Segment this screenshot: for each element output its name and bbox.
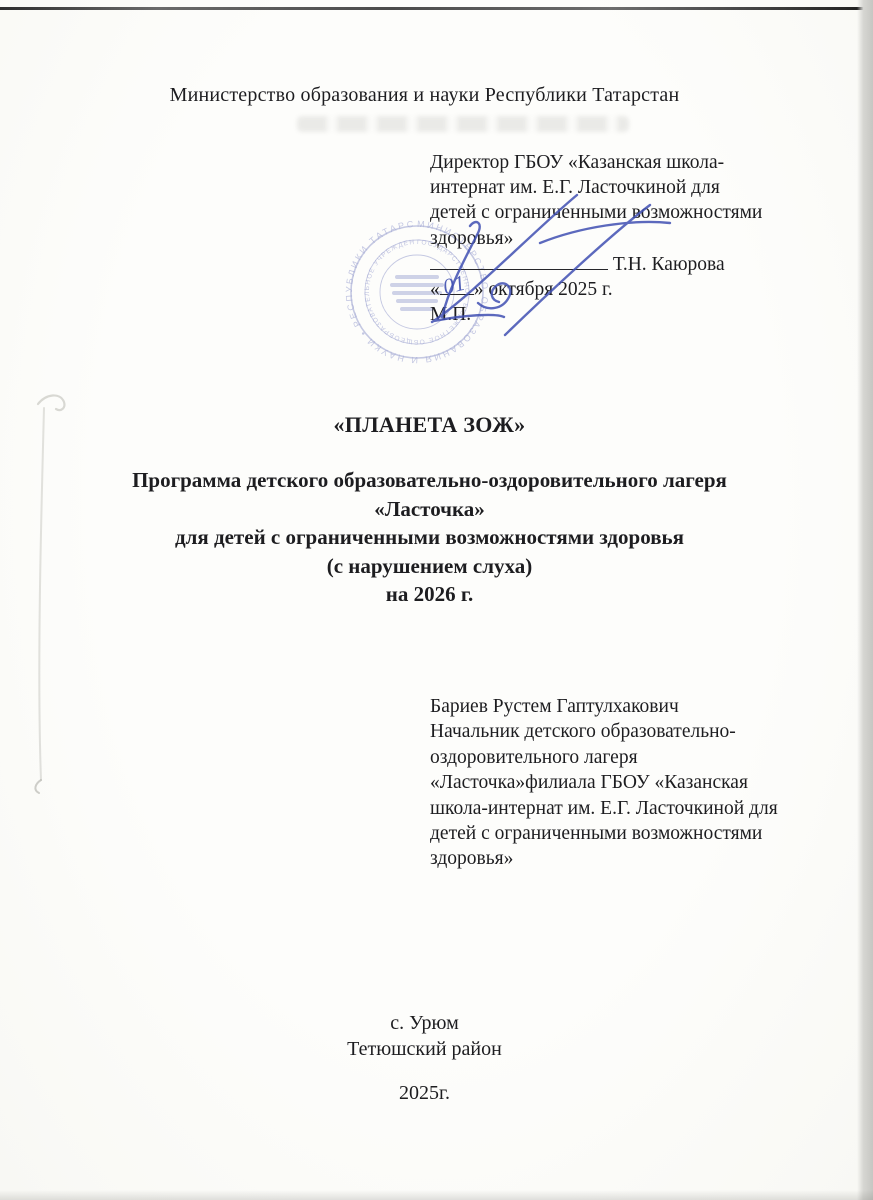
footer-place-block: с. Урюм Тетюшский район <box>0 1010 849 1062</box>
scanned-document-page: Министерство образования и науки Республ… <box>0 0 873 1200</box>
footer-place-line: Тетюшский район <box>0 1036 849 1062</box>
program-title-line: «Ласточка» <box>30 495 829 524</box>
scan-top-edge <box>0 7 873 10</box>
program-title-line: (с нарушением слуха) <box>30 552 829 581</box>
approval-line: Директор ГБОУ «Казанская школа- <box>430 150 782 175</box>
program-title-line: для детей с ограниченными возможностями … <box>30 523 829 552</box>
author-line: детей с ограниченными возможностями <box>430 821 792 846</box>
scan-right-edge <box>857 0 873 1200</box>
author-line: «Ласточка»филиала ГБОУ «Казанская <box>430 770 792 795</box>
footer-place-line: с. Урюм <box>0 1010 849 1036</box>
program-heading: «ПЛАНЕТА ЗОЖ» <box>0 412 859 438</box>
author-line: оздоровительного лагеря <box>430 745 792 770</box>
program-title-line: Программа детского образовательно-оздоро… <box>30 466 829 495</box>
program-title-line: на 2026 г. <box>30 580 829 609</box>
ink-bleed-through <box>297 116 629 132</box>
program-title-block: Программа детского образовательно-оздоро… <box>30 466 829 609</box>
author-line: здоровья» <box>430 846 792 871</box>
ministry-header: Министерство образования и науки Республ… <box>0 84 849 107</box>
author-line: школа-интернат им. Е.Г. Ласточкиной для <box>430 796 792 821</box>
director-signature-scribble <box>410 175 690 350</box>
footer-year: 2025г. <box>0 1082 849 1105</box>
author-block: Бариев Рустем Гаптулхакович Начальник де… <box>430 694 792 872</box>
author-line: Начальник детского образовательно- <box>430 719 792 744</box>
scan-bottom-edge <box>0 1190 873 1200</box>
author-line: Бариев Рустем Гаптулхакович <box>430 694 792 719</box>
